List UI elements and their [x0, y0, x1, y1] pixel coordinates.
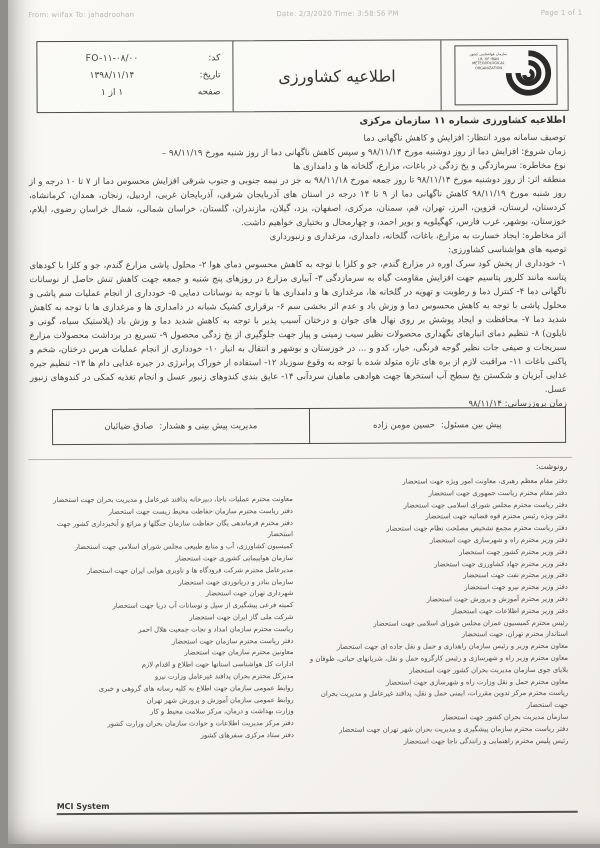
fax-transmission-header: From: wiifax To: jahadroohan Date: 2/3/2…: [28, 9, 582, 19]
cc-item: روابط عمومی سازمان جهت اطلاع به کلیه رسا…: [31, 683, 294, 696]
cc-item: معاونت محترم عملیات ناجا، دبیرخانه پدافن…: [30, 494, 293, 507]
cc-item: دفتر وزیر محترم آموزش و پرورش جهت استحضا…: [305, 594, 568, 607]
manager-cell: مدیریت پیش بینی و هشدار: صادق ضیائیان: [53, 409, 309, 444]
cc-item: معاون محترم وزیر و رئیس سازمان راهداری و…: [305, 641, 568, 654]
forecaster-name: حسین مومن زاده: [373, 420, 435, 430]
meteorological-organization-stamp: سازمان هواشناسی کشور I.R. OF IRAN METEOR…: [454, 45, 557, 105]
cc-item: معاون محترم وزیر راه و شهرسازی و رئیس کا…: [306, 653, 569, 678]
title-cell: اطلاعیه کشاورزی: [233, 40, 440, 111]
cc-item: دفتر ریاست محترم سازمان پیشگیری و مدیریت…: [306, 724, 569, 737]
notice-paragraphs: توصیف سامانه مورد انتظار: افزایش و کاهش …: [29, 131, 567, 413]
signature-table: پیش بین مسئول: حسین مومن زاده مدیریت پیش…: [52, 407, 566, 445]
cc-divider-line: [28, 457, 572, 460]
manager-name: صادق ضیائیان: [104, 422, 153, 432]
cc-item: رئیس پلیس محترم راهنمایی و رانندگی ناجا …: [306, 735, 569, 748]
logo-text: سازمان هواشناسی کشور I.R. OF IRAN METEOR…: [459, 52, 517, 71]
manager-label: مدیریت پیش بینی و هشدار:: [159, 421, 257, 431]
page-value: ۱ از ۱: [52, 85, 173, 103]
cc-item: دفتر محترم فرماندهی یگان حفاظت سازمان جن…: [30, 518, 293, 543]
date-value: ۱۳۹۸/۱۱/۱۴: [51, 68, 172, 86]
date-label: تاریخ:: [172, 67, 220, 84]
logo-text-line: ORGANIZATION: [459, 66, 517, 71]
fax-page-text: Page 1 of 1: [541, 9, 583, 17]
footer-brand: MCI System: [57, 800, 578, 815]
code-label: کد:: [172, 50, 220, 67]
fax-datetime-text: Date: 2/3/2020 Time: 3:58:56 PM: [276, 10, 398, 19]
notice-body: اطلاعیه کشاورزی شماره ۱۱ سازمان مرکزی تو…: [29, 115, 567, 413]
fax-from-text: From: wiifax To: jahadroohan: [28, 11, 134, 19]
page-label: صفحه: [173, 84, 221, 101]
cc-item: دفتر مقام محترم ریاست جمهوری جهت استحضار: [305, 488, 568, 501]
logo-cell: سازمان هواشناسی کشور I.R. OF IRAN METEOR…: [440, 40, 567, 111]
notice-heading: اطلاعیه کشاورزی شماره ۱۱ سازمان مرکزی: [29, 115, 566, 128]
notice-paragraph: ۱- خودداری از پخش کود سرک اوره در مزارع …: [29, 257, 567, 399]
cc-item: مدیرعامل محترم شرکت فرودگاه ها و ناوبری …: [31, 565, 294, 578]
cc-item: سازمان مدیریت بحران کشور جهت استحضار: [306, 712, 569, 725]
code-value: FO-۱۱-۰۸/۰۰: [51, 51, 172, 69]
document-content: From: wiifax To: jahadroohan Date: 2/3/2…: [0, 0, 600, 848]
cc-item: دفتر مقام معظم رهبری، معاونت امور ویژه ج…: [305, 476, 568, 489]
header-table: کد: FO-۱۱-۰۸/۰۰ تاریخ: ۱۳۹۸/۱۱/۱۴ صفحه ۱…: [36, 39, 568, 113]
cc-item: دفتر وزیر محترم اطلاعات جهت استحضار: [305, 606, 568, 619]
forecaster-cell: پیش بین مسئول: حسین مومن زاده: [308, 408, 565, 443]
document-title: اطلاعیه کشاورزی: [278, 66, 395, 86]
cc-item: سازمان هواپیمایی کشوری جهت استحضار: [31, 553, 294, 566]
cc-item: دفتر مرکز مدیریت اطلاعات و حوادث سازمان …: [31, 718, 294, 731]
scanned-fax-page: { "fax_header": { "from": "From: wiifax …: [0, 0, 600, 848]
cc-label: رونوشت:: [536, 462, 567, 471]
notice-paragraph: منطقه اثر: از روز دوشنبه مورخ ۹۸/۱۱/۱۴ ت…: [29, 173, 566, 231]
forecaster-label: پیش بین مسئول:: [441, 420, 502, 430]
meta-row-code: کد: FO-۱۱-۰۸/۰۰: [51, 50, 220, 68]
cc-right-column: دفتر مقام معظم رهبری، معاونت امور ویژه ج…: [305, 476, 569, 748]
cc-item: دفتر وزیر محترم کشور جهت استحضار: [305, 547, 568, 560]
cc-item: دفتر ستاد مرکزی سفرهای کشور: [31, 730, 294, 743]
cc-left-column: معاونت محترم عملیات ناجا، دبیرخانه پدافن…: [30, 494, 294, 749]
cc-item: دفتر وزیر محترم راه و شهرسازی جهت استحضا…: [305, 535, 568, 548]
cc-item: شرکت ملی گاز ایران جهت استحضار: [31, 612, 294, 625]
cc-item: مدیرکل محترم بحران پدافند غیرعامل وزارت …: [31, 671, 294, 684]
meta-row-page: صفحه ۱ از ۱: [52, 84, 221, 102]
cc-item: ریاست محترم سازمان امداد و نجات جمعیت هل…: [31, 624, 294, 637]
document-meta-table: کد: FO-۱۱-۰۸/۰۰ تاریخ: ۱۳۹۸/۱۱/۱۴ صفحه ۱…: [37, 41, 233, 112]
cc-item: دفتر ریاست محترم سازمان حفاظت محیط زیست …: [30, 506, 293, 519]
cc-item: ریاست محترم مرکز تدوین مقررات، ایمنی حمل…: [306, 688, 569, 713]
cc-recipient-columns: دفتر مقام معظم رهبری، معاونت امور ویژه ج…: [30, 476, 568, 750]
meta-row-date: تاریخ: ۱۳۹۸/۱۱/۱۴: [51, 67, 220, 85]
